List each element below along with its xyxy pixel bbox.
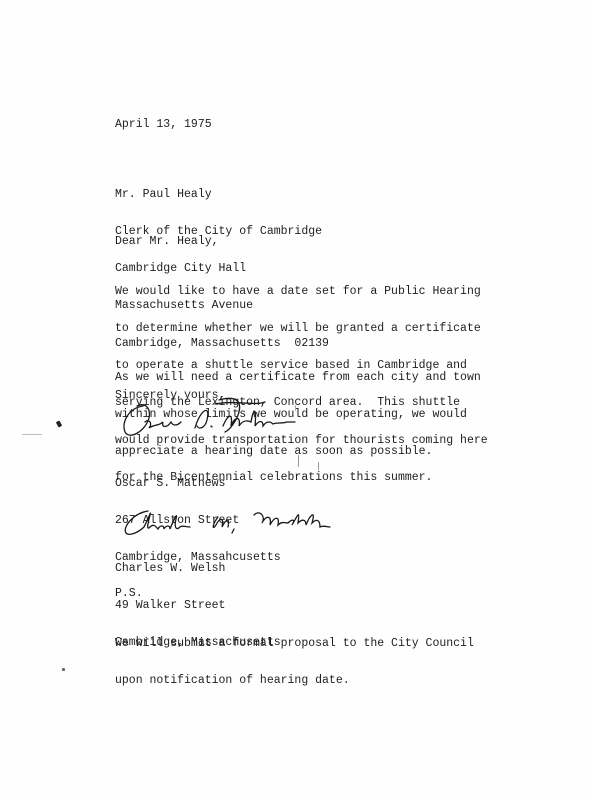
postscript-line: We will submit a formal proposal to the … <box>115 638 474 650</box>
scan-mark <box>22 434 42 435</box>
scan-mark <box>295 405 296 411</box>
signature-charles-welsh <box>120 505 350 540</box>
signer-name: Charles W. Welsh <box>115 563 281 575</box>
scan-mark <box>56 420 62 427</box>
signer-name: Oscar S. Mathews <box>115 478 281 490</box>
letter-page: April 13, 1975 Mr. Paul Healy Clerk of t… <box>0 0 589 800</box>
paragraph-line: As we will need a certificate from each … <box>115 372 481 384</box>
scan-mark <box>318 462 319 470</box>
postscript: We will submit a formal proposal to the … <box>115 613 474 712</box>
salutation: Dear Mr. Healy, <box>115 236 219 248</box>
scan-mark <box>298 455 299 467</box>
postscript-line: upon notification of hearing date. <box>115 675 474 687</box>
signer-address-line: 49 Walker Street <box>115 600 281 612</box>
letter-date: April 13, 1975 <box>115 119 212 131</box>
paragraph-line: We would like to have a date set for a P… <box>115 286 488 298</box>
recipient-line: Mr. Paul Healy <box>115 189 329 201</box>
ps-label: P.S. <box>115 588 143 600</box>
paragraph-line: to determine whether we will be granted … <box>115 323 488 335</box>
scan-mark <box>62 668 65 671</box>
signature-oscar-mathews <box>115 392 305 442</box>
